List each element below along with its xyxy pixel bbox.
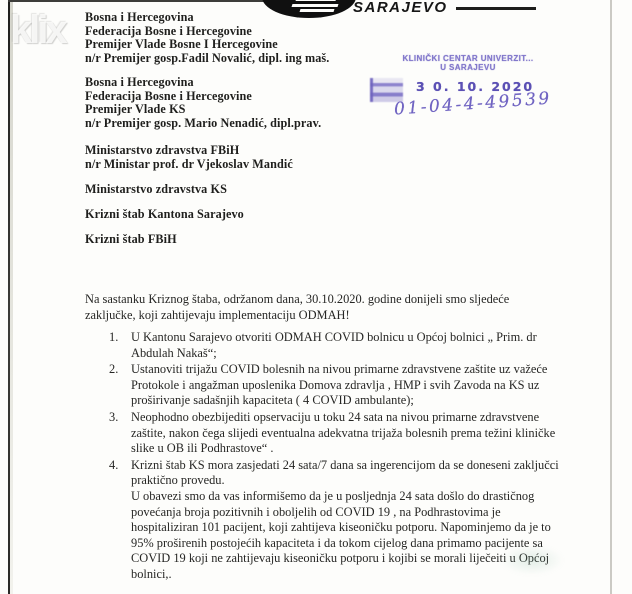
klix-watermark: klix bbox=[10, 8, 65, 53]
recipient-block-ministry-ks: Ministarstvo zdravstva KS bbox=[85, 183, 227, 197]
stamp-org-line: KLINIČKI CENTAR UNIVERZIT... bbox=[368, 54, 568, 63]
scan-right-edge bbox=[610, 0, 612, 594]
scan-smudge bbox=[500, 545, 564, 575]
list-item-line: Krizni štab KS mora zasjedati 24 sata/7 … bbox=[131, 458, 585, 474]
intro-line: Na sastanku Kriznog štaba, održanom dana… bbox=[85, 292, 565, 308]
stamp-org-line: U SARAJEVU bbox=[368, 63, 568, 72]
scan-top-edge bbox=[8, 0, 270, 2]
address-line: Ministarstvo zdravstva FBiH bbox=[85, 144, 293, 158]
logo-stripe-icon bbox=[296, 0, 337, 1]
list-item: 2. Ustanoviti trijažu COVID bolesnih na … bbox=[85, 362, 585, 409]
list-item-line: zaštite, nakon čega slijedi eventualna a… bbox=[131, 426, 585, 442]
list-item-number: 1. bbox=[85, 330, 131, 361]
list-item-line: U Kantonu Sarajevo otvoriti ODMAH COVID … bbox=[131, 330, 585, 346]
recipient-block-ministry-fbih: Ministarstvo zdravstva FBiH n/r Ministar… bbox=[85, 144, 293, 171]
list-item-text: Ustanoviti trijažu COVID bolesnih na niv… bbox=[131, 362, 585, 409]
receipt-stamp: KLINIČKI CENTAR UNIVERZIT... U SARAJEVU … bbox=[368, 54, 568, 72]
list-item-line: povećanja broja pozitivnih i oboljelih o… bbox=[131, 505, 585, 521]
letterhead-city: SARAJEVO bbox=[353, 0, 448, 16]
list-item-line: praktično provedu. bbox=[131, 473, 585, 489]
address-line: Bosna i Hercegovina bbox=[85, 76, 321, 90]
stamp-org-name: KLINIČKI CENTAR UNIVERZIT... U SARAJEVU bbox=[368, 54, 568, 72]
scanned-document: klix SARAJEVO Bosna i Hercegovina Federa… bbox=[0, 0, 632, 594]
list-item: 1. U Kantonu Sarajevo otvoriti ODMAH COV… bbox=[85, 330, 585, 361]
address-line: Premijer Vlade KS bbox=[85, 103, 321, 117]
letterhead-rule bbox=[456, 7, 536, 10]
list-item-number: 3. bbox=[85, 410, 131, 457]
scan-left-edge-shadow bbox=[10, 0, 13, 594]
logo-stripe-icon bbox=[292, 4, 339, 7]
address-line: n/r Premijer gosp.Fadil Novalić, dipl. i… bbox=[85, 52, 329, 66]
address-line: Krizni štab Kantona Sarajevo bbox=[85, 208, 244, 222]
list-item-number: 2. bbox=[85, 362, 131, 409]
list-item-line: Neophodno obezbijediti opservaciju u tok… bbox=[131, 410, 585, 426]
address-line: Premijer Vlade Bosne I Hercegovine bbox=[85, 38, 329, 52]
list-item-line: U obavezi smo da vas informišemo da je u… bbox=[131, 489, 585, 505]
list-item: 3. Neophodno obezbijediti opservaciju u … bbox=[85, 410, 585, 457]
list-item-line: proširivanje sadašnjih kapaciteta ( 4 CO… bbox=[131, 393, 585, 409]
list-item-line: Ustanoviti trijažu COVID bolesnih na niv… bbox=[131, 362, 585, 378]
conclusions-list: 1. U Kantonu Sarajevo otvoriti ODMAH COV… bbox=[85, 330, 585, 584]
address-line: Federacija Bosne i Hercegovine bbox=[85, 90, 321, 104]
list-item-line: Protokole i angažman uposlenika Domova z… bbox=[131, 378, 585, 394]
list-item-line: Abdulah Nakaš“; bbox=[131, 346, 585, 362]
recipient-block-crisis-staff-ks: Krizni štab Kantona Sarajevo bbox=[85, 208, 244, 222]
address-line: n/r Ministar prof. dr Vjekoslav Mandić bbox=[85, 158, 293, 172]
list-item-line: slike u OB ili Podhrastove“ . bbox=[131, 441, 585, 457]
address-line: Ministarstvo zdravstva KS bbox=[85, 183, 227, 197]
address-line: Krizni štab FBiH bbox=[85, 233, 177, 247]
recipient-block-crisis-staff-fbih: Krizni štab FBiH bbox=[85, 233, 177, 247]
list-item-text: Neophodno obezbijediti opservaciju u tok… bbox=[131, 410, 585, 457]
list-item-text: U Kantonu Sarajevo otvoriti ODMAH COVID … bbox=[131, 330, 585, 361]
list-item-line: hospitaliziran 101 pacijent, koji zahtij… bbox=[131, 520, 585, 536]
recipient-block-federal-premier: Bosna i Hercegovina Federacija Bosne i H… bbox=[85, 11, 329, 66]
recipient-block-ks-premier: Bosna i Hercegovina Federacija Bosne i H… bbox=[85, 76, 321, 131]
address-line: n/r Premijer gosp. Mario Nenadić, dipl.p… bbox=[85, 117, 321, 131]
list-item-number: 4. bbox=[85, 458, 131, 583]
intro-line: zaključke, koji zahtijevaju implementaci… bbox=[85, 308, 565, 324]
address-line: Federacija Bosne i Hercegovine bbox=[85, 25, 329, 39]
address-line: Bosna i Hercegovina bbox=[85, 11, 329, 25]
intro-paragraph: Na sastanku Kriznog štaba, održanom dana… bbox=[85, 292, 565, 323]
